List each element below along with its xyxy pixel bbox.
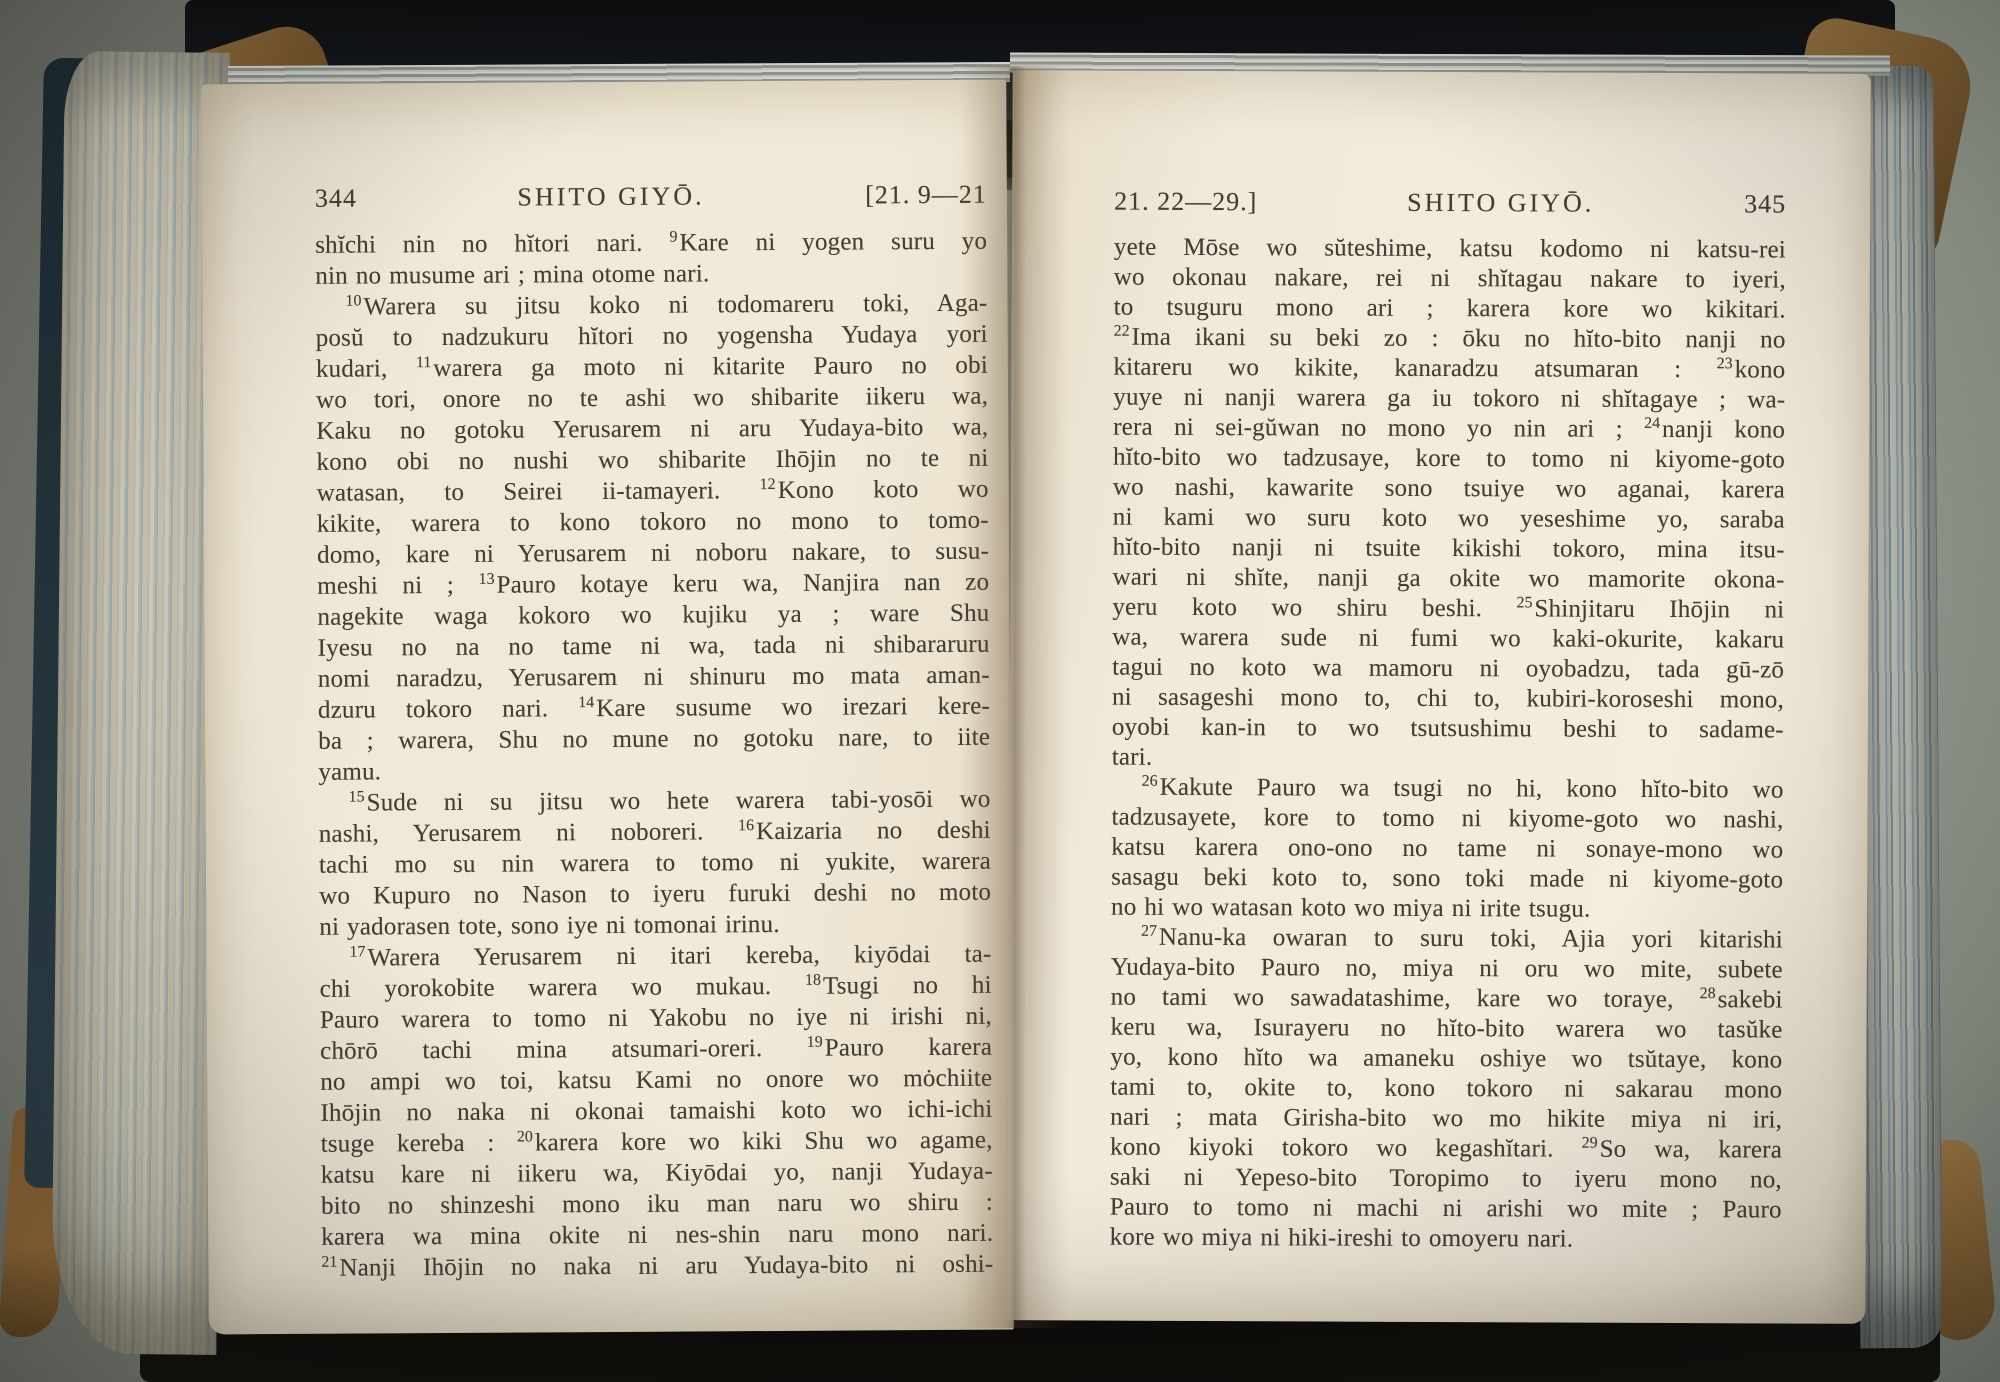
text-line: yo, kono hĭto wa amaneku oshiye wo tsŭta… bbox=[1110, 1043, 1782, 1076]
text-line: saki ni Yepeso-bito Toropimo to iyeru mo… bbox=[1110, 1163, 1782, 1196]
text-line: Iyesu no na no tame ni wa, tada ni shiba… bbox=[318, 629, 990, 664]
text-line: hĭto-bito nanji ni tsuite kikishi tokoro… bbox=[1113, 533, 1785, 566]
text-line: nagekite waga kokoro wo kujiku ya ; ware… bbox=[317, 598, 989, 633]
left-page-number: 344 bbox=[315, 184, 357, 214]
text-line: bito no shinzeshi mono iku man naru wo s… bbox=[321, 1187, 993, 1222]
text-line: 21Nanji Ihōjin no naka ni aru Yudaya-bit… bbox=[321, 1249, 993, 1284]
right-running-head: 21. 22—29.] SHITO GIYŌ. 345 bbox=[1114, 187, 1786, 220]
text-line: tachi mo su nin warera to tomo ni yukite… bbox=[319, 846, 991, 881]
text-line: chi yorokobite warera wo mukau. 18Tsugi … bbox=[320, 970, 992, 1005]
text-line: ni kami wo suru koto wo yeseshime yo, sa… bbox=[1113, 503, 1785, 536]
left-verse-range: [21. 9—21 bbox=[865, 180, 987, 211]
text-line: kikite, warera to kono tokoro no mono to… bbox=[317, 505, 989, 540]
text-line: nashi, Yerusarem ni noboreri. 16Kaizaria… bbox=[319, 815, 991, 850]
text-line: no ampi wo toi, katsu Kami no onore wo m… bbox=[320, 1063, 992, 1098]
right-page-number: 345 bbox=[1744, 189, 1786, 219]
right-verse-range: 21. 22—29.] bbox=[1114, 187, 1257, 218]
text-line: no hi wo watasan koto wo miya ni irite t… bbox=[1111, 893, 1783, 926]
text-line: wo nashi, kawarite sono tsuiye wo aganai… bbox=[1113, 473, 1785, 506]
verse-number: 11 bbox=[416, 354, 434, 371]
verse-number: 12 bbox=[760, 476, 778, 493]
verse-number: 27 bbox=[1141, 923, 1159, 940]
text-line: posŭ to nadzukuru hĭtori no yogensha Yud… bbox=[316, 319, 988, 354]
text-line: kono kiyoki tokoro wo kegashĭtari. 29So … bbox=[1110, 1133, 1782, 1166]
book-photo-scene: 344 SHITO GIYŌ. [21. 9—21 shĭchi nin no … bbox=[0, 0, 2000, 1382]
left-page-lines: shĭchi nin no hĭtori nari. 9Kare ni yoge… bbox=[315, 226, 993, 1284]
right-running-title: SHITO GIYŌ. bbox=[1407, 188, 1594, 219]
text-line: 22Ima ikani su beki zo : ōku no hĭto-bit… bbox=[1113, 323, 1785, 356]
text-line: kono obi no nushi wo shibarite Ihōjin no… bbox=[316, 443, 988, 478]
text-line: nin no musume ari ; mina otome nari. bbox=[315, 257, 987, 292]
left-page: 344 SHITO GIYŌ. [21. 9—21 shĭchi nin no … bbox=[201, 80, 1014, 1335]
text-line: yuye ni nanji warera ga iu tokoro ni shĭ… bbox=[1113, 383, 1785, 416]
verse-number: 13 bbox=[478, 571, 496, 588]
right-page-text: 21. 22—29.] SHITO GIYŌ. 345 yete Mōse wo… bbox=[1110, 187, 1787, 1256]
text-line: sasagu beki koto to, sono toki made ni k… bbox=[1111, 863, 1783, 896]
verse-number: 28 bbox=[1700, 985, 1718, 1002]
verse-number: 21 bbox=[321, 1254, 339, 1271]
text-line: shĭchi nin no hĭtori nari. 9Kare ni yoge… bbox=[315, 226, 987, 261]
text-line: watasan, to Seirei ii-tamayeri. 12Kono k… bbox=[317, 474, 989, 509]
right-page: 21. 22—29.] SHITO GIYŌ. 345 yete Mōse wo… bbox=[1007, 70, 1870, 1324]
text-line: kudari, 11warera ga moto ni kitarite Pau… bbox=[316, 350, 988, 385]
verse-number: 26 bbox=[1142, 773, 1160, 790]
text-line: 15Sude ni su jitsu wo hete warera tabi-y… bbox=[318, 784, 990, 819]
text-line: kitareru wo kikite, kanaradzu atsumaran … bbox=[1113, 353, 1785, 386]
verse-number: 19 bbox=[807, 1034, 825, 1051]
verse-number: 24 bbox=[1644, 415, 1662, 432]
text-line: chōrō tachi mina atsumari-oreri. 19Pauro… bbox=[320, 1032, 992, 1067]
left-page-text: 344 SHITO GIYŌ. [21. 9—21 shĭchi nin no … bbox=[315, 180, 994, 1284]
text-line: 17Warera Yerusarem ni itari kereba, kiyō… bbox=[319, 939, 991, 974]
text-line: no tami wo sawadatashime, kare wo toraye… bbox=[1111, 983, 1783, 1016]
text-line: oyobi kan-in to wo tsutsushimu beshi to … bbox=[1112, 713, 1784, 746]
text-line: yamu. bbox=[318, 753, 990, 788]
verse-number: 22 bbox=[1114, 323, 1132, 340]
text-line: karera wa mina okite ni nes-shin naru mo… bbox=[321, 1218, 993, 1253]
text-line: yete Mōse wo sŭteshime, katsu kodomo ni … bbox=[1114, 233, 1786, 266]
text-line: wo okonau nakare, rei ni shĭtagau nakare… bbox=[1114, 263, 1786, 296]
verse-number: 23 bbox=[1717, 355, 1735, 372]
verse-number: 25 bbox=[1516, 594, 1534, 611]
text-line: nari ; mata Girisha-bito wo mo hikite mi… bbox=[1110, 1103, 1782, 1136]
text-line: Pauro to tomo ni machi ni arishi wo mite… bbox=[1110, 1193, 1782, 1226]
text-line: katsu kare ni iikeru wa, Kiyōdai yo, nan… bbox=[321, 1156, 993, 1191]
verse-number: 20 bbox=[517, 1128, 535, 1145]
text-line: wari ni shĭte, nanji ga okite wo mamorit… bbox=[1112, 563, 1784, 596]
text-line: 10Warera su jitsu koko ni todomareru tok… bbox=[315, 288, 987, 323]
verse-number: 9 bbox=[669, 229, 679, 246]
text-line: tadzusayete, kore to tomo ni kiyome-goto… bbox=[1111, 803, 1783, 836]
text-line: Yudaya-bito Pauro no, miya ni oru wo mit… bbox=[1111, 953, 1783, 986]
text-line: Ihōjin no naka ni okonai tamaishi koto w… bbox=[320, 1094, 992, 1129]
verse-number: 10 bbox=[345, 292, 363, 309]
text-line: meshi ni ; 13Pauro kotaye keru wa, Nanji… bbox=[317, 567, 989, 602]
text-line: nomi naradzu, Yerusarem ni shinuru mo ma… bbox=[318, 660, 990, 695]
text-line: tsuge kereba : 20karera kore wo kiki Shu… bbox=[321, 1125, 993, 1160]
text-line: Pauro warera to tomo ni Yakobu no iye ni… bbox=[320, 1001, 992, 1036]
text-line: tari. bbox=[1112, 743, 1784, 776]
text-line: katsu karera ono-ono no tame ni sonaye-m… bbox=[1111, 833, 1783, 866]
verse-number: 15 bbox=[348, 788, 366, 805]
text-line: wa, warera sude ni fumi wo kaki-okurite,… bbox=[1112, 623, 1784, 656]
verse-number: 29 bbox=[1582, 1135, 1600, 1152]
text-line: wo tori, onore no te ashi wo shibarite i… bbox=[316, 381, 988, 416]
text-line: ni yadorasen tote, sono iye ni tomonai i… bbox=[319, 908, 991, 943]
text-line: tami to, okite to, kono tokoro ni sakara… bbox=[1110, 1073, 1782, 1106]
text-line: 27Nanu-ka owaran to suru toki, Ajia yori… bbox=[1111, 923, 1783, 956]
text-line: wo Kupuro no Nason to iyeru furuki deshi… bbox=[319, 877, 991, 912]
text-line: Kaku no gotoku Yerusarem ni aru Yudaya-b… bbox=[316, 412, 988, 447]
text-line: kore wo miya ni hiki-ireshi to omoyeru n… bbox=[1110, 1223, 1782, 1256]
text-line: yeru koto wo shiru beshi. 25Shinjitaru I… bbox=[1112, 593, 1784, 626]
text-line: ni sasageshi mono to, chi to, kubiri-kor… bbox=[1112, 683, 1784, 716]
verse-number: 16 bbox=[738, 817, 756, 834]
text-line: 26Kakute Pauro wa tsugi no hi, kono hĭto… bbox=[1112, 773, 1784, 806]
left-running-head: 344 SHITO GIYŌ. [21. 9—21 bbox=[315, 180, 987, 214]
text-line: tagui no koto wa mamoru ni oyobadzu, tad… bbox=[1112, 653, 1784, 686]
text-line: to tsuguru mono ari ; karera kore wo kik… bbox=[1114, 293, 1786, 326]
right-page-lines: yete Mōse wo sŭteshime, katsu kodomo ni … bbox=[1110, 233, 1786, 1256]
text-line: rera ni sei-gŭwan no mono yo nin ari ; 2… bbox=[1113, 413, 1785, 446]
verse-number: 17 bbox=[349, 943, 367, 960]
text-line: ba ; warera, Shu no mune no gotoku nare,… bbox=[318, 722, 990, 757]
text-line: hĭto-bito wo tadzusaye, kore to tomo ni … bbox=[1113, 443, 1785, 476]
text-line: domo, kare ni Yerusarem ni noboru nakare… bbox=[317, 536, 989, 571]
left-running-title: SHITO GIYŌ. bbox=[517, 181, 704, 212]
verse-number: 18 bbox=[805, 972, 823, 989]
text-line: dzuru tokoro nari. 14Kare susume wo irez… bbox=[318, 691, 990, 726]
text-line: keru wa, Isurayeru no hĭto-bito warera w… bbox=[1110, 1013, 1782, 1046]
verse-number: 14 bbox=[578, 694, 596, 711]
